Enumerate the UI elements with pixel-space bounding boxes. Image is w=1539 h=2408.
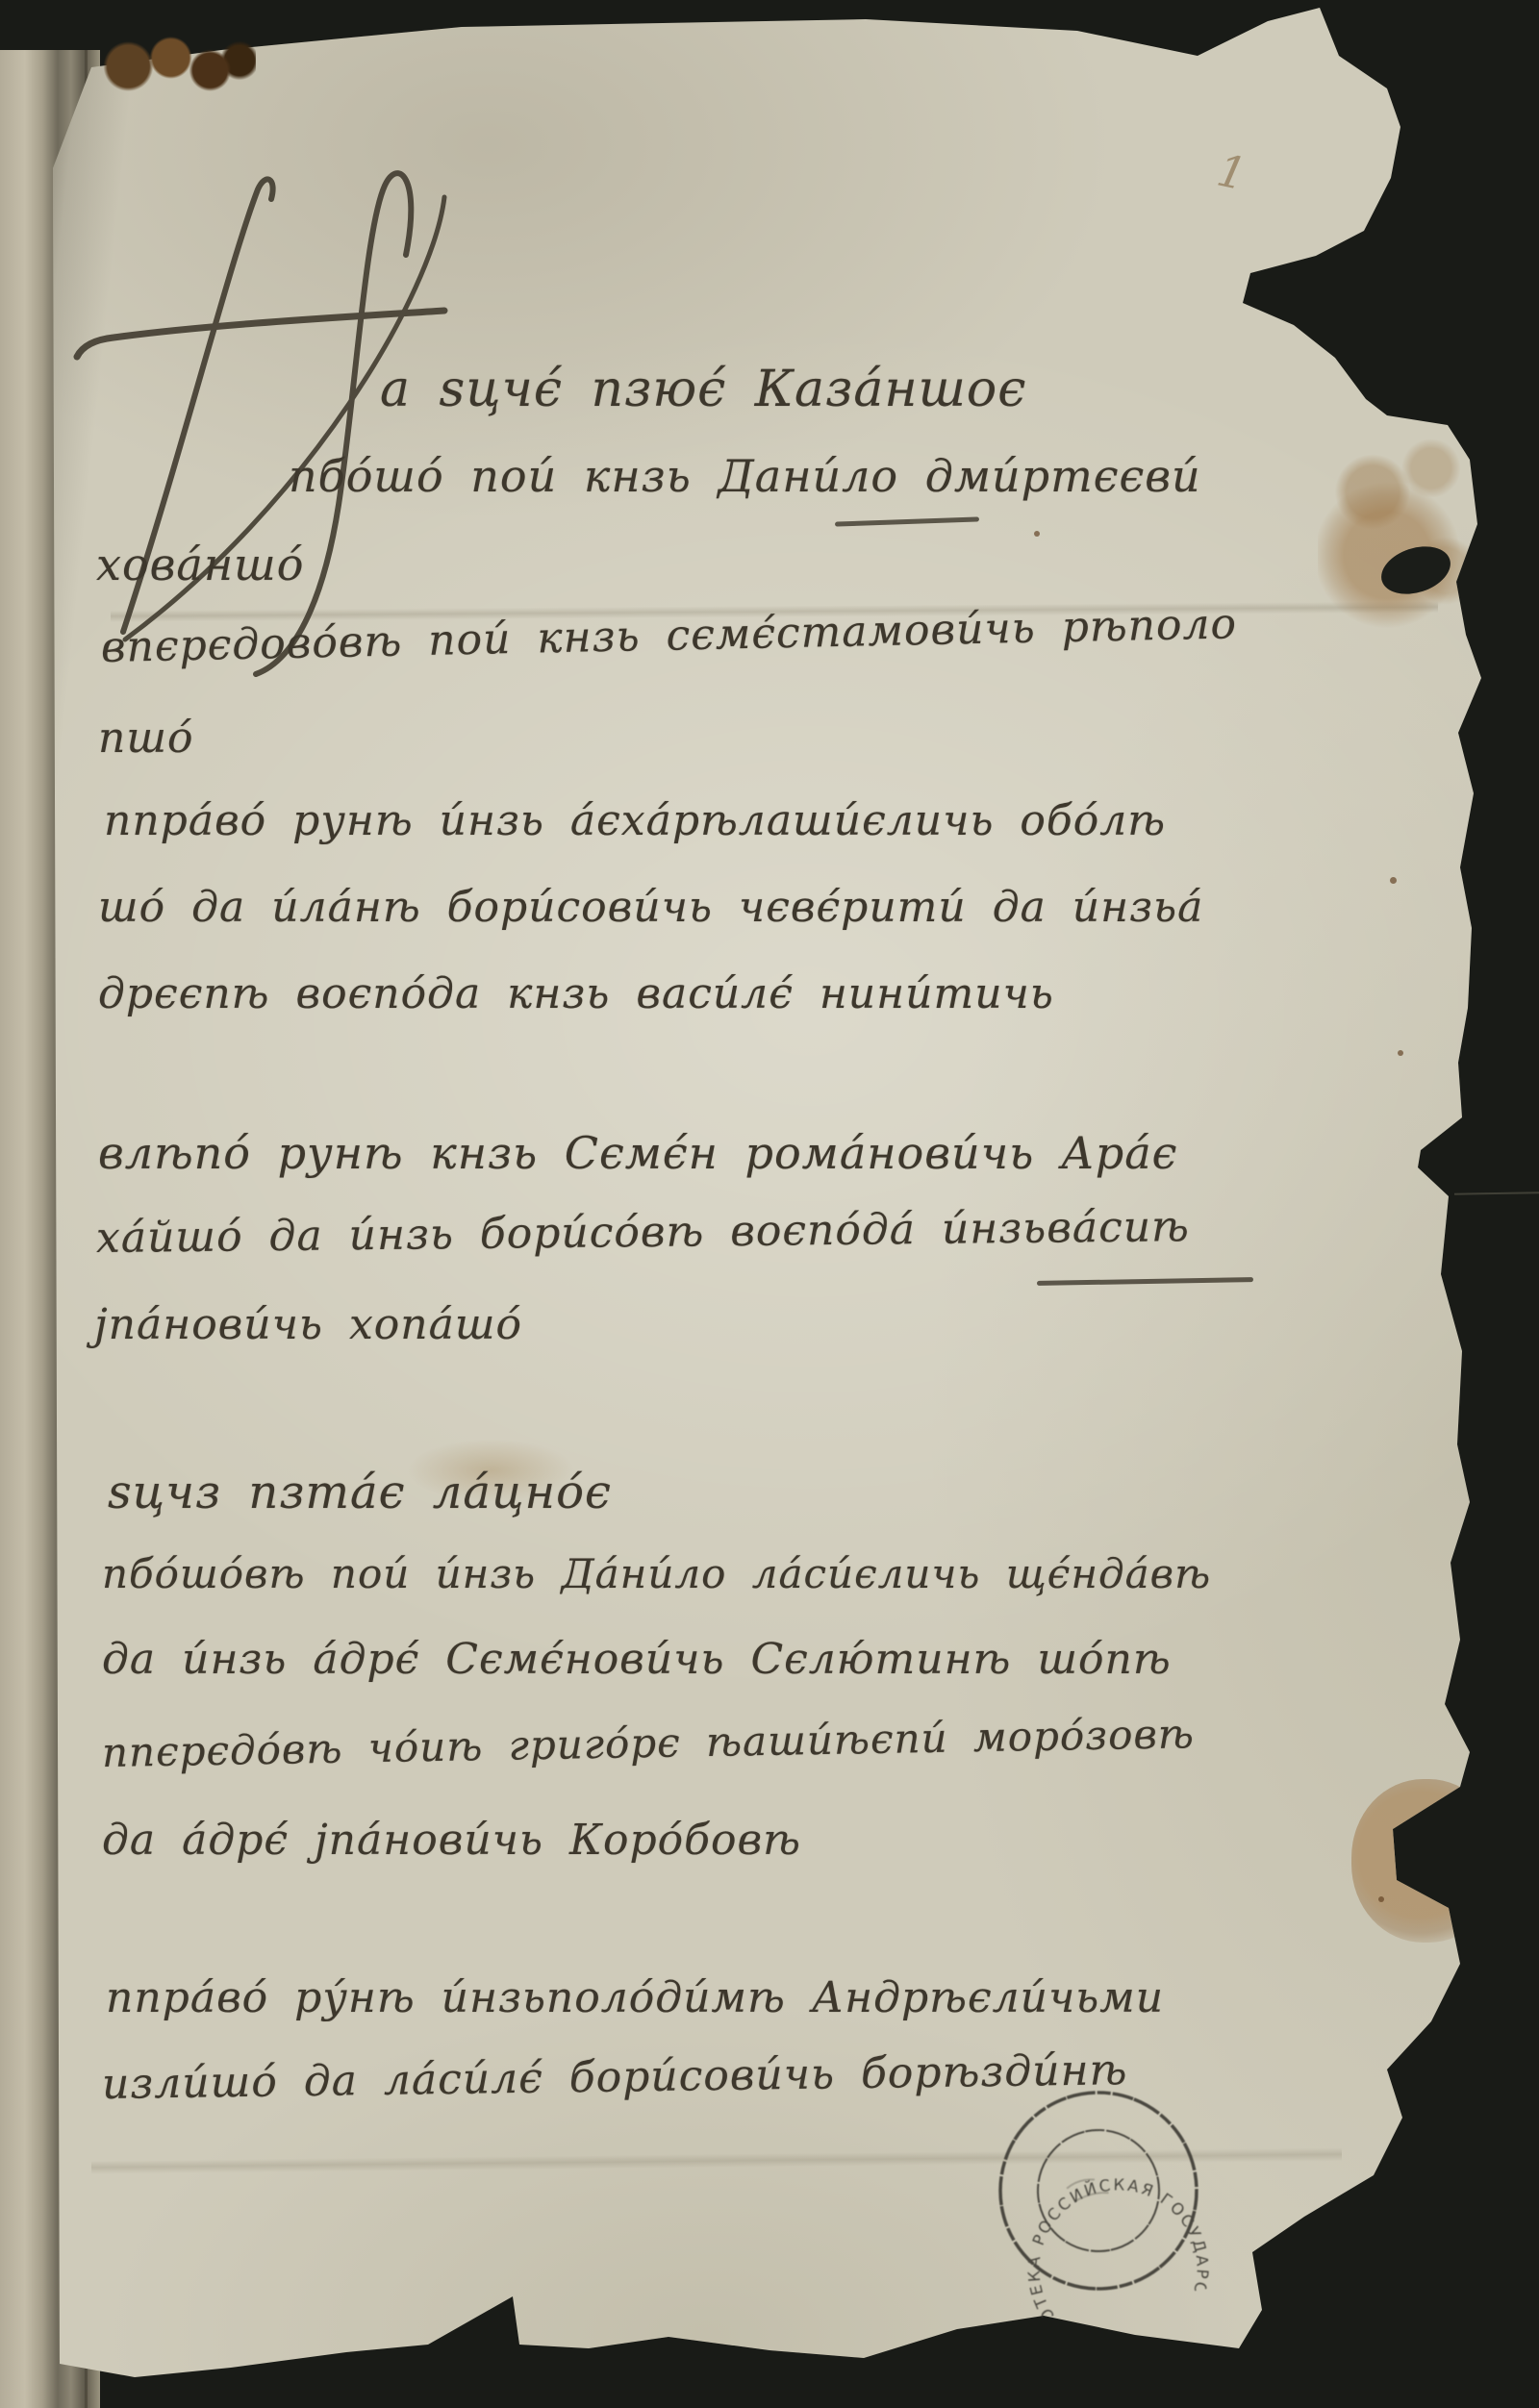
stamp-ring-text: РОССИЙСКАЯ ГОСУДАРСТВЕННАЯ БИБЛИОТЕКА ✱: [965, 2057, 1226, 2324]
binding-debris: [92, 35, 256, 92]
manuscript-line: да и́нзь а́дрє́ Сємє́нови́чь Сєлю́тинѣ ш…: [102, 1635, 1172, 1684]
manuscript-line: впєрєдово́вѣ пои́ кнзь сємє́стамови́чь р…: [100, 599, 1237, 672]
manuscript-line: ѕцчз пзта́є ла́цно́є: [108, 1466, 612, 1519]
manuscript-line: дрєєпѣ воєпо́да кнзь васи́лє́ нини́тичь: [98, 969, 1054, 1018]
manuscript-line: ха́йшо́ да и́нзь бори́со́вѣ воєпо́да́ и́…: [96, 1202, 1190, 1263]
pen-flourish-underline: [1037, 1277, 1253, 1286]
manuscript-line: ппєрєдо́вѣ чо́иѣ григо́рє ѣаши́ѣєпи́ мор…: [102, 1710, 1196, 1776]
fox-spot: [1390, 877, 1397, 884]
manuscript-page: а ѕцчє́ пзює́ Каза́ншоє пбо́шо́ пои́ кнз…: [53, 0, 1507, 2408]
svg-text:РОССИЙСКАЯ ГОСУДАРСТВЕННАЯ БИБ: РОССИЙСКАЯ ГОСУДАРСТВЕННАЯ БИБЛИОТЕКА ✱: [965, 2057, 1226, 2324]
manuscript-line: а ѕцчє́ пзює́ Каза́ншоє: [380, 361, 1026, 418]
fox-spot: [1034, 531, 1040, 537]
fox-spot: [1398, 1050, 1403, 1056]
library-stamp-graphic: РОССИЙСКАЯ ГОСУДАРСТВЕННАЯ БИБЛИОТЕКА ✱: [965, 2057, 1232, 2324]
manuscript-line: хова́ншо́: [96, 539, 304, 590]
manuscript-line: пбо́шо́вѣ пои́ и́нзь Да́ни́ло ла́си́єлич…: [102, 1550, 1211, 1597]
ink-stain: [1351, 1779, 1501, 1943]
manuscript-line: ппра́во́ рунѣ и́нзь а́єха́рѣлаши́єличь о…: [104, 796, 1166, 845]
pen-flourish-underline: [835, 516, 979, 526]
manuscript-line: пшо́: [98, 714, 194, 763]
manuscript-line: шо́ да и́ла́нѣ бори́сови́чь чєвє́рити́ д…: [98, 883, 1203, 932]
ink-stain: [1318, 433, 1501, 630]
library-stamp: РОССИЙСКАЯ ГОСУДАРСТВЕННАЯ БИБЛИОТЕКА ✱: [965, 2057, 1232, 2324]
manuscript-line: ппра́во́ ру́нѣ и́нзьполо́ди́мѣ Андрѣєли́…: [106, 1973, 1164, 2022]
manuscript-line: да а́дрє́ јпа́нови́чь Коро́бовѣ: [102, 1816, 801, 1865]
fox-spot: [1378, 1896, 1384, 1902]
scratch-mark: [1454, 1191, 1539, 1195]
manuscript-line: јпа́нови́чь хопа́шо́: [94, 1300, 522, 1349]
manuscript-photo: а ѕцчє́ пзює́ Каза́ншоє пбо́шо́ пои́ кнз…: [0, 0, 1539, 2408]
manuscript-line: влѣпо́ рунѣ кнзь Сємє́н рома́нови́чь Ара…: [98, 1127, 1177, 1179]
manuscript-line: пбо́шо́ пои́ кнзь Дани́ло дми́ртєєви́: [289, 450, 1201, 502]
